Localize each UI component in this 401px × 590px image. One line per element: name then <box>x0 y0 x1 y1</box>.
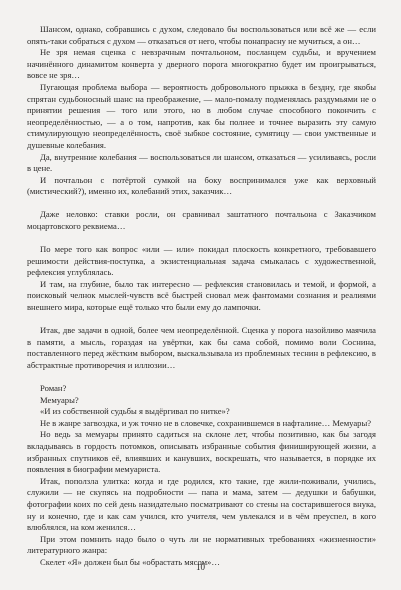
paragraph: И там, на глубине, было так интересно — … <box>27 279 376 314</box>
paragraph: Но ведь за мемуары принято садиться на с… <box>27 429 376 475</box>
paragraph: Да, внутренние колебания — воспользовать… <box>27 152 376 175</box>
paragraph: Не в жанре загвоздка, и уж точно не в сл… <box>27 418 376 430</box>
paragraph: Не зря немая сценка с невзрачным почталь… <box>27 47 376 82</box>
paragraph: По мере того как вопрос «или — или» поки… <box>27 244 376 279</box>
page-number: 10 <box>0 562 401 572</box>
paragraph: Итак, поползла улитка: когда и где родил… <box>27 476 376 534</box>
paragraph: «И из собственной судьбы я выдёргивал по… <box>27 406 376 418</box>
paragraph: Пугающая проблема выбора — вероятность д… <box>27 82 376 152</box>
paragraph: Роман? <box>27 383 376 395</box>
paragraph: При этом помнить надо было о чуть ли не … <box>27 534 376 557</box>
page-body-text: Шансом, однако, собравшись с духом, след… <box>27 24 376 569</box>
paragraph: Мемуары? <box>27 395 376 407</box>
paragraph: И почтальон с потёртой сумкой на боку во… <box>27 175 376 198</box>
paragraph: Итак, две задачи в одной, более чем неоп… <box>27 325 376 371</box>
paragraph: Даже неловко: ставки росли, он сравнивал… <box>27 209 376 232</box>
book-page: Шансом, однако, собравшись с духом, след… <box>0 0 401 590</box>
paragraph: Шансом, однако, собравшись с духом, след… <box>27 24 376 47</box>
